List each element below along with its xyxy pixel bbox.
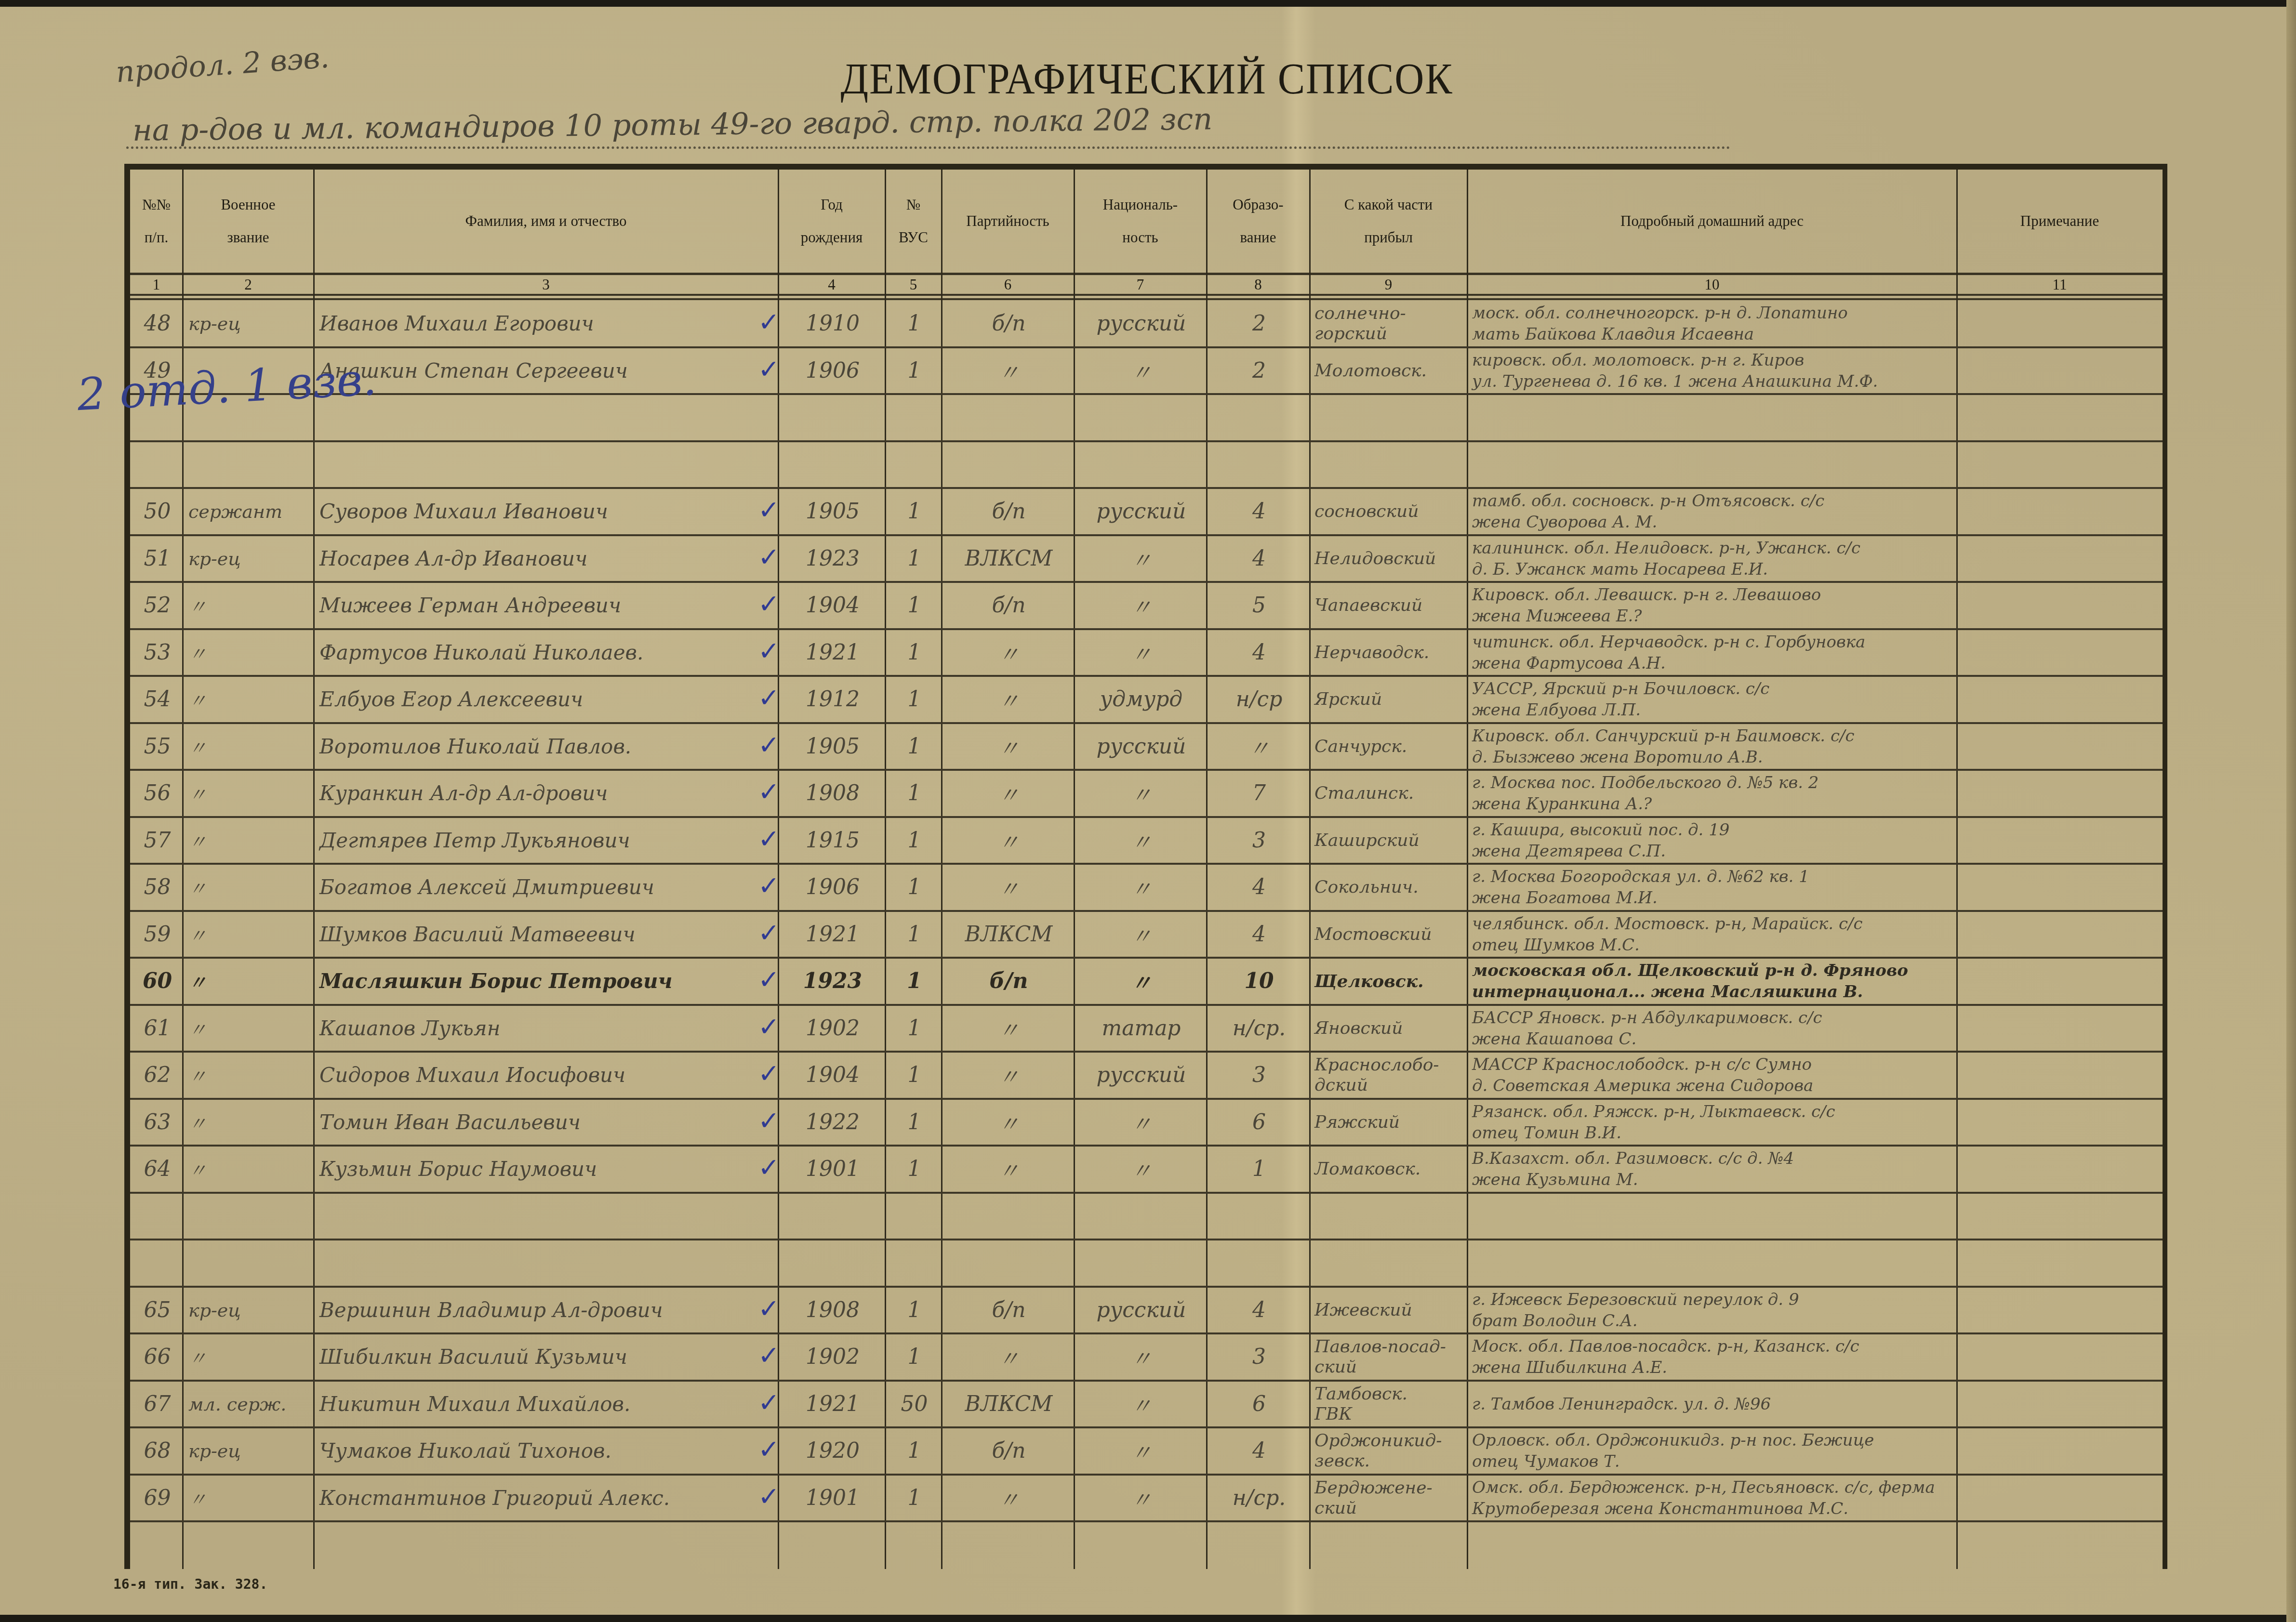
unit-from-cell: Сталинск. [1314,770,1464,817]
vus-number-cell: 1 [891,676,938,723]
home-address-line: мать Байкова Клавдия Исаевна [1472,324,1754,345]
home-address-cell: челябинск. обл. Мостовск. р-н, Марайск. … [1472,911,1954,958]
table-row: 63〃Томин Иван Васильевич19221〃〃6✓Ряжский… [130,1099,2163,1146]
home-address-line: калининск. обл. Нелидовск. р-н, Ужанск. … [1472,538,1860,559]
military-rank-cell: 〃 [188,582,310,629]
education-cell: 2 [1212,347,1306,394]
nationality-cell: 〃 [1080,1146,1203,1192]
military-rank-cell: 〃 [188,1005,310,1052]
note-cell [1963,770,2159,817]
unit-from-cell: Павлов-посад-ский [1314,1333,1464,1380]
military-rank-cell: мл. серж. [188,1381,310,1427]
home-address-line: челябинск. обл. Мостовск. р-н, Марайск. … [1472,913,1863,935]
education-cell [1212,441,1306,488]
note-cell [1963,1475,2159,1521]
education-cell: 4 [1212,911,1306,958]
education-cell [1212,1240,1306,1286]
unit-from-line: ский [1314,1357,1357,1377]
unit-from-line: Санчурск. [1314,737,1407,757]
party-membership-cell: б/п [947,1287,1070,1333]
note-cell [1963,864,2159,910]
column-number: 11 [1957,275,2163,294]
party-membership-cell: 〃 [947,629,1070,676]
home-address-line: д. Советская Америка жена Сидорова [1472,1075,1813,1096]
unit-from-line: Нерчаводск. [1314,643,1429,663]
corner-handwritten-note: продол. 2 вэв. [115,41,330,90]
nationality-cell: 〃 [1080,911,1203,958]
table-row: 67мл. серж.Никитин Михаил Михайлов.19215… [130,1381,2163,1427]
party-membership-cell: б/п [947,1427,1070,1474]
education-cell: н/ср. [1212,1475,1306,1521]
row-divider [130,346,2163,348]
full-name-cell: Анашкин Степан Сергеевич [319,347,774,394]
unit-from-line: Краснослобо- [1314,1055,1439,1075]
table-row: 62〃Сидоров Михаил Иосифович19041〃русский… [130,1052,2163,1098]
home-address-cell: Кировск. обл. Санчурский р-н Баимовск. с… [1472,723,1954,770]
full-name-cell: Мижеев Герман Андреевич [319,582,774,629]
party-membership-cell [947,441,1070,488]
vus-number-cell: 1 [891,1287,938,1333]
document-subtitle: на р-дов и мл. командиров 10 роты 49-го … [133,101,1213,147]
home-address-line: г. Москва пос. Подбельского д. №5 кв. 2 [1472,772,1818,793]
unit-from-line: Чапаевский [1314,595,1422,616]
column-header-label: С какой части [1344,188,1433,221]
row-number-cell: 52 [136,582,179,629]
unit-from-cell: Мостовский [1314,911,1464,958]
military-rank-cell: 〃 [188,911,310,958]
nationality-cell: 〃 [1080,864,1203,910]
education-cell: 4 [1212,864,1306,910]
unit-from-cell: сосновский [1314,488,1464,535]
military-rank-cell: кр-ец [188,535,310,582]
table-row: 66〃Шибилкин Василий Кузьмич19021〃〃3✓Павл… [130,1333,2163,1380]
unit-from-line: солнечно- [1314,303,1406,324]
nationality-cell: 〃 [1080,1427,1203,1474]
education-cell: 4 [1212,535,1306,582]
table-row: 65кр-ецВершинин Владимир Ал-дрович19081б… [130,1287,2163,1333]
note-cell [1963,582,2159,629]
home-address-line: жена Фартусова А.Н. [1472,653,1666,674]
row-divider [130,1004,2163,1006]
column-header-label: Год [821,188,843,221]
home-address-line: интернационал... жена Масляшкина В. [1472,981,1863,1002]
home-address-line: жена Мижеева Е.? [1472,606,1642,627]
birth-year-cell [784,394,881,441]
nationality-cell: 〃 [1080,582,1203,629]
unit-from-line: Ряжский [1314,1112,1400,1133]
vus-number-cell: 1 [891,958,938,1004]
column-number: 9 [1310,275,1467,294]
education-cell: 4 [1212,488,1306,535]
table-row: 50сержантСуворов Михаил Иванович19051б/п… [130,488,2163,535]
military-rank-cell: 〃 [188,817,310,864]
note-cell [1963,911,2159,958]
unit-from-cell: Сокольнич. [1314,864,1464,910]
birth-year-cell: 1920 [784,1427,881,1474]
unit-from-cell: Бердюжене-ский [1314,1475,1464,1521]
party-membership-cell: 〃 [947,1005,1070,1052]
checkmark-icon: ✓ [758,964,780,995]
party-membership-cell: 〃 [947,347,1070,394]
checkmark-icon: ✓ [758,354,780,384]
column-number: 8 [1207,275,1310,294]
military-rank-cell: 〃 [188,629,310,676]
home-address-cell: БАССР Яновск. р-н Абдулкаримовск. с/сжен… [1472,1005,1954,1052]
home-address-cell: В.Казахст. обл. Разимовск. с/с д. №4жена… [1472,1146,1954,1192]
birth-year-cell [784,441,881,488]
unit-from-line: Сокольнич. [1314,877,1419,897]
nationality-cell: русский [1080,723,1203,770]
row-divider [130,675,2163,677]
note-cell [1963,1005,2159,1052]
military-rank-cell: 〃 [188,1475,310,1521]
unit-from-line: зевск. [1314,1451,1370,1471]
military-rank-cell [188,441,310,488]
party-membership-cell: 〃 [947,770,1070,817]
vus-number-cell [891,1193,938,1240]
education-cell: 6 [1212,1381,1306,1427]
home-address-line: БАССР Яновск. р-н Абдулкаримовск. с/с [1472,1007,1822,1029]
home-address-cell: Омск. обл. Бердюженск. р-н, Песьяновск. … [1472,1475,1954,1521]
full-name-cell: Дегтярев Петр Лукьянович [319,817,774,864]
home-address-line: жена Дегтярева С.П. [1472,841,1666,862]
table-row [130,1240,2163,1286]
full-name-cell: Носарев Ал-др Иванович [319,535,774,582]
column-header-label: № [906,188,921,221]
row-number-cell: 66 [136,1333,179,1380]
column-header-label: ВУС [899,221,928,254]
checkmark-icon: ✓ [758,495,780,525]
home-address-line: д. Б. Ужанск мать Носарева Е.И. [1472,559,1768,580]
birth-year-cell: 1905 [784,723,881,770]
column-number: 2 [183,275,314,294]
military-rank-cell: кр-ец [188,1427,310,1474]
row-divider [130,769,2163,771]
unit-from-cell: Щелковск. [1314,958,1464,1004]
note-cell [1963,1381,2159,1427]
home-address-line: г. Тамбов Ленинградск. ул. д. №96 [1472,1394,1771,1415]
unit-from-cell [1314,1193,1464,1240]
column-header-label: Фамилия, имя и отчество [465,205,627,237]
party-membership-cell: б/п [947,488,1070,535]
home-address-cell: калининск. обл. Нелидовск. р-н, Ужанск. … [1472,535,1954,582]
row-divider [130,1474,2163,1476]
education-cell: 1 [1212,1146,1306,1192]
home-address-cell: моск. обл. солнечногорск. р-н д. Лопатин… [1472,300,1954,347]
unit-from-cell [1314,1240,1464,1286]
birth-year-cell: 1923 [784,535,881,582]
party-membership-cell: ВЛКСМ [947,911,1070,958]
column-header-7: Националь-ность [1074,170,1207,273]
note-cell [1963,723,2159,770]
table-border-top [124,164,2167,170]
birth-year-cell: 1910 [784,300,881,347]
education-cell: 5 [1212,582,1306,629]
column-header-label: вание [1240,221,1276,254]
unit-from-line: дский [1314,1075,1368,1095]
vus-number-cell: 1 [891,1427,938,1474]
vus-number-cell: 1 [891,864,938,910]
education-cell: 7 [1212,770,1306,817]
column-header-4: Годрождения [778,170,885,273]
vus-number-cell: 1 [891,1333,938,1380]
military-rank-cell: 〃 [188,770,310,817]
full-name-cell: Сидоров Михаил Иосифович [319,1052,774,1098]
row-divider [130,1239,2163,1240]
column-number: 7 [1074,275,1207,294]
row-divider [130,957,2163,959]
birth-year-cell [784,1240,881,1286]
nationality-cell: 〃 [1080,1099,1203,1146]
unit-from-cell: Орджоникид-зевск. [1314,1427,1464,1474]
home-address-line: брат Володин С.А. [1472,1310,1637,1332]
vus-number-cell: 1 [891,817,938,864]
table-row: 58〃Богатов Алексей Дмитриевич19061〃〃4✓Со… [130,864,2163,910]
birth-year-cell: 1906 [784,864,881,910]
home-address-cell: читинск. обл. Нерчаводск. р-н с. Горбуно… [1472,629,1954,676]
note-cell [1963,958,2159,1004]
row-divider [130,722,2163,724]
party-membership-cell [947,1193,1070,1240]
military-rank-cell [188,1193,310,1240]
unit-from-line: горский [1314,324,1387,344]
row-divider [130,1380,2163,1382]
home-address-cell [1472,1240,1954,1286]
checkmark-icon: ✓ [758,730,780,760]
note-cell [1963,347,2159,394]
checkmark-icon: ✓ [758,1106,780,1136]
unit-from-cell: Ломаковск. [1314,1146,1464,1192]
unit-from-line: Мостовский [1314,924,1432,945]
row-divider [130,581,2163,583]
birth-year-cell: 1908 [784,1287,881,1333]
nationality-cell [1080,394,1203,441]
column-header-label: звание [227,221,269,254]
checkmark-icon: ✓ [758,777,780,807]
scan-edge-bottom [0,1615,2296,1622]
column-header-label: №№ [142,188,171,221]
table-row: 68кр-ецЧумаков Николай Тихонов.19201б/п〃… [130,1427,2163,1474]
table-row: 60〃Масляшкин Борис Петрович19231б/п〃10✓Щ… [130,958,2163,1004]
scan-edge-right [2286,0,2296,1622]
row-divider [130,863,2163,865]
full-name-cell: Шибилкин Василий Кузьмич [319,1333,774,1380]
education-cell: 4 [1212,629,1306,676]
home-address-line: отец Шумков М.С. [1472,935,1640,956]
checkmark-icon: ✓ [758,824,780,854]
row-number-cell: 65 [136,1287,179,1333]
home-address-line: жена Кузьмина М. [1472,1169,1638,1190]
military-rank-cell: 〃 [188,1146,310,1192]
home-address-cell: г. Москва пос. Подбельского д. №5 кв. 2ж… [1472,770,1954,817]
printer-footer: 16-я тип. Зак. 328. [113,1576,267,1592]
education-cell: н/ср. [1212,1005,1306,1052]
unit-from-cell: Ряжский [1314,1099,1464,1146]
military-rank-cell: 〃 [188,864,310,910]
row-divider [130,1051,2163,1053]
vus-number-cell: 1 [891,347,938,394]
row-divider [130,910,2163,912]
row-number-cell: 68 [136,1427,179,1474]
column-header-label: ность [1122,221,1158,254]
vus-number-cell: 1 [891,911,938,958]
unit-from-cell: Молотовск. [1314,347,1464,394]
unit-from-line: Тамбовск. [1314,1384,1407,1404]
full-name-cell [319,441,774,488]
column-header-11: Примечание [1957,170,2163,273]
military-rank-cell: 〃 [188,1099,310,1146]
nationality-cell: 〃 [1080,770,1203,817]
birth-year-cell: 1921 [784,629,881,676]
nationality-cell: 〃 [1080,958,1203,1004]
checkmark-icon: ✓ [758,870,780,901]
table-row: 54〃Елбуов Егор Алексеевич19121〃удмурдн/с… [130,676,2163,723]
column-number: 4 [778,275,885,294]
nationality-cell: русский [1080,488,1203,535]
birth-year-cell: 1904 [784,1052,881,1098]
checkmark-icon: ✓ [758,1152,780,1183]
home-address-line: жена Суворова А. М. [1472,512,1657,533]
unit-from-cell: Санчурск. [1314,723,1464,770]
column-header-label: Партийность [966,205,1049,237]
home-address-line: Кировск. обл. Санчурский р-н Баимовск. с… [1472,725,1855,747]
column-header-2: Военноезвание [183,170,314,273]
column-number: 10 [1467,275,1957,294]
nationality-cell: 〃 [1080,1475,1203,1521]
home-address-line: Крутоберезая жена Константинова М.С. [1472,1498,1848,1519]
checkmark-icon: ✓ [758,1481,780,1512]
nationality-cell: 〃 [1080,817,1203,864]
vus-number-cell [891,441,938,488]
education-cell: 4 [1212,1427,1306,1474]
checkmark-icon: ✓ [758,1058,780,1089]
unit-from-cell: Ижевский [1314,1287,1464,1333]
home-address-line: жена Кашапова С. [1472,1029,1636,1050]
vus-number-cell: 1 [891,1052,938,1098]
note-cell [1963,1427,2159,1474]
party-membership-cell: 〃 [947,1146,1070,1192]
home-address-line: жена Шибилкина А.Е. [1472,1357,1667,1378]
vus-number-cell: 1 [891,300,938,347]
vus-number-cell: 50 [891,1381,938,1427]
home-address-line: отец Чумаков Т. [1472,1451,1620,1472]
party-membership-cell: 〃 [947,676,1070,723]
vus-number-cell [891,394,938,441]
home-address-cell: московская обл. Щелковский р-н д. Фрянов… [1472,958,1954,1004]
vus-number-cell: 1 [891,582,938,629]
row-divider [130,1332,2163,1334]
home-address-cell [1472,1193,1954,1240]
birth-year-cell: 1904 [784,582,881,629]
unit-from-line: Сталинск. [1314,783,1414,804]
row-number-cell: 57 [136,817,179,864]
vus-number-cell: 1 [891,535,938,582]
unit-from-line: Ижевский [1314,1300,1412,1320]
home-address-cell [1472,441,1954,488]
note-cell [1963,300,2159,347]
home-address-line: г. Ижевск Березовский переулок д. 9 [1472,1289,1799,1310]
education-cell: 3 [1212,817,1306,864]
full-name-cell: Томин Иван Васильевич [319,1099,774,1146]
unit-from-line: Яновский [1314,1018,1403,1039]
home-address-cell [1472,394,1954,441]
row-number-cell: 56 [136,770,179,817]
column-header-label: Примечание [2020,205,2099,237]
birth-year-cell: 1906 [784,347,881,394]
unit-from-line: Каширский [1314,831,1420,851]
note-cell [1963,441,2159,488]
note-cell [1963,1287,2159,1333]
nationality-cell: 〃 [1080,1333,1203,1380]
birth-year-cell: 1902 [784,1333,881,1380]
military-rank-cell [188,1240,310,1286]
column-header-label: Военное [221,188,275,221]
table-row: 64〃Кузьмин Борис Наумович19011〃〃1✓Ломако… [130,1146,2163,1192]
full-name-cell: Воротилов Николай Павлов. [319,723,774,770]
full-name-cell [319,1240,774,1286]
party-membership-cell: 〃 [947,1052,1070,1098]
unit-from-line: Ярский [1314,689,1382,710]
home-address-line: жена Елбуова Л.П. [1472,699,1641,721]
military-rank-cell: сержант [188,488,310,535]
unit-from-line: Бердюжене- [1314,1478,1433,1498]
party-membership-cell: 〃 [947,1099,1070,1146]
row-divider [130,440,2163,442]
nationality-cell: 〃 [1080,347,1203,394]
table-row: 55〃Воротилов Николай Павлов.19051〃русски… [130,723,2163,770]
header-double-line [130,294,2163,296]
military-rank-cell: кр-ец [188,1287,310,1333]
vus-number-cell: 1 [891,1099,938,1146]
checkmark-icon: ✓ [758,589,780,619]
unit-from-cell: Каширский [1314,817,1464,864]
party-membership-cell: ВЛКСМ [947,535,1070,582]
row-divider [130,1192,2163,1194]
column-header-label: Подробный домашний адрес [1620,205,1804,237]
note-cell [1963,817,2159,864]
home-address-cell: г. Ижевск Березовский переулок д. 9брат … [1472,1287,1954,1333]
home-address-line: Моск. обл. Павлов-посадск. р-н, Казанск.… [1472,1336,1859,1357]
birth-year-cell: 1921 [784,911,881,958]
birth-year-cell: 1901 [784,1475,881,1521]
row-number-cell: 54 [136,676,179,723]
military-rank-cell: 〃 [188,676,310,723]
row-number-cell: 63 [136,1099,179,1146]
unit-from-cell: Яновский [1314,1005,1464,1052]
full-name-cell: Богатов Алексей Дмитриевич [319,864,774,910]
row-number-cell: 64 [136,1146,179,1192]
scan-edge-top [0,0,2296,7]
row-divider [130,393,2163,395]
home-address-line: МАССР Краснослободск. р-н с/с Сумно [1472,1054,1812,1075]
home-address-cell: УАССР, Ярский р-н Бочиловск. с/сжена Елб… [1472,676,1954,723]
party-membership-cell [947,394,1070,441]
note-cell [1963,535,2159,582]
military-rank-cell: 〃 [188,958,310,1004]
unit-from-cell [1314,394,1464,441]
column-number: 1 [130,275,183,294]
home-address-cell: г. Москва Богородская ул. д. №62 кв. 1же… [1472,864,1954,910]
full-name-cell: Суворов Михаил Иванович [319,488,774,535]
military-rank-cell: 〃 [188,1052,310,1098]
birth-year-cell: 1915 [784,817,881,864]
home-address-line: д. Бызжево жена Воротило А.В. [1472,747,1763,768]
party-membership-cell: 〃 [947,1333,1070,1380]
table-row: 53〃Фартусов Николай Николаев.19211〃〃4✓Не… [130,629,2163,676]
full-name-cell [319,394,774,441]
vus-number-cell: 1 [891,1005,938,1052]
checkmark-icon: ✓ [758,1340,780,1371]
